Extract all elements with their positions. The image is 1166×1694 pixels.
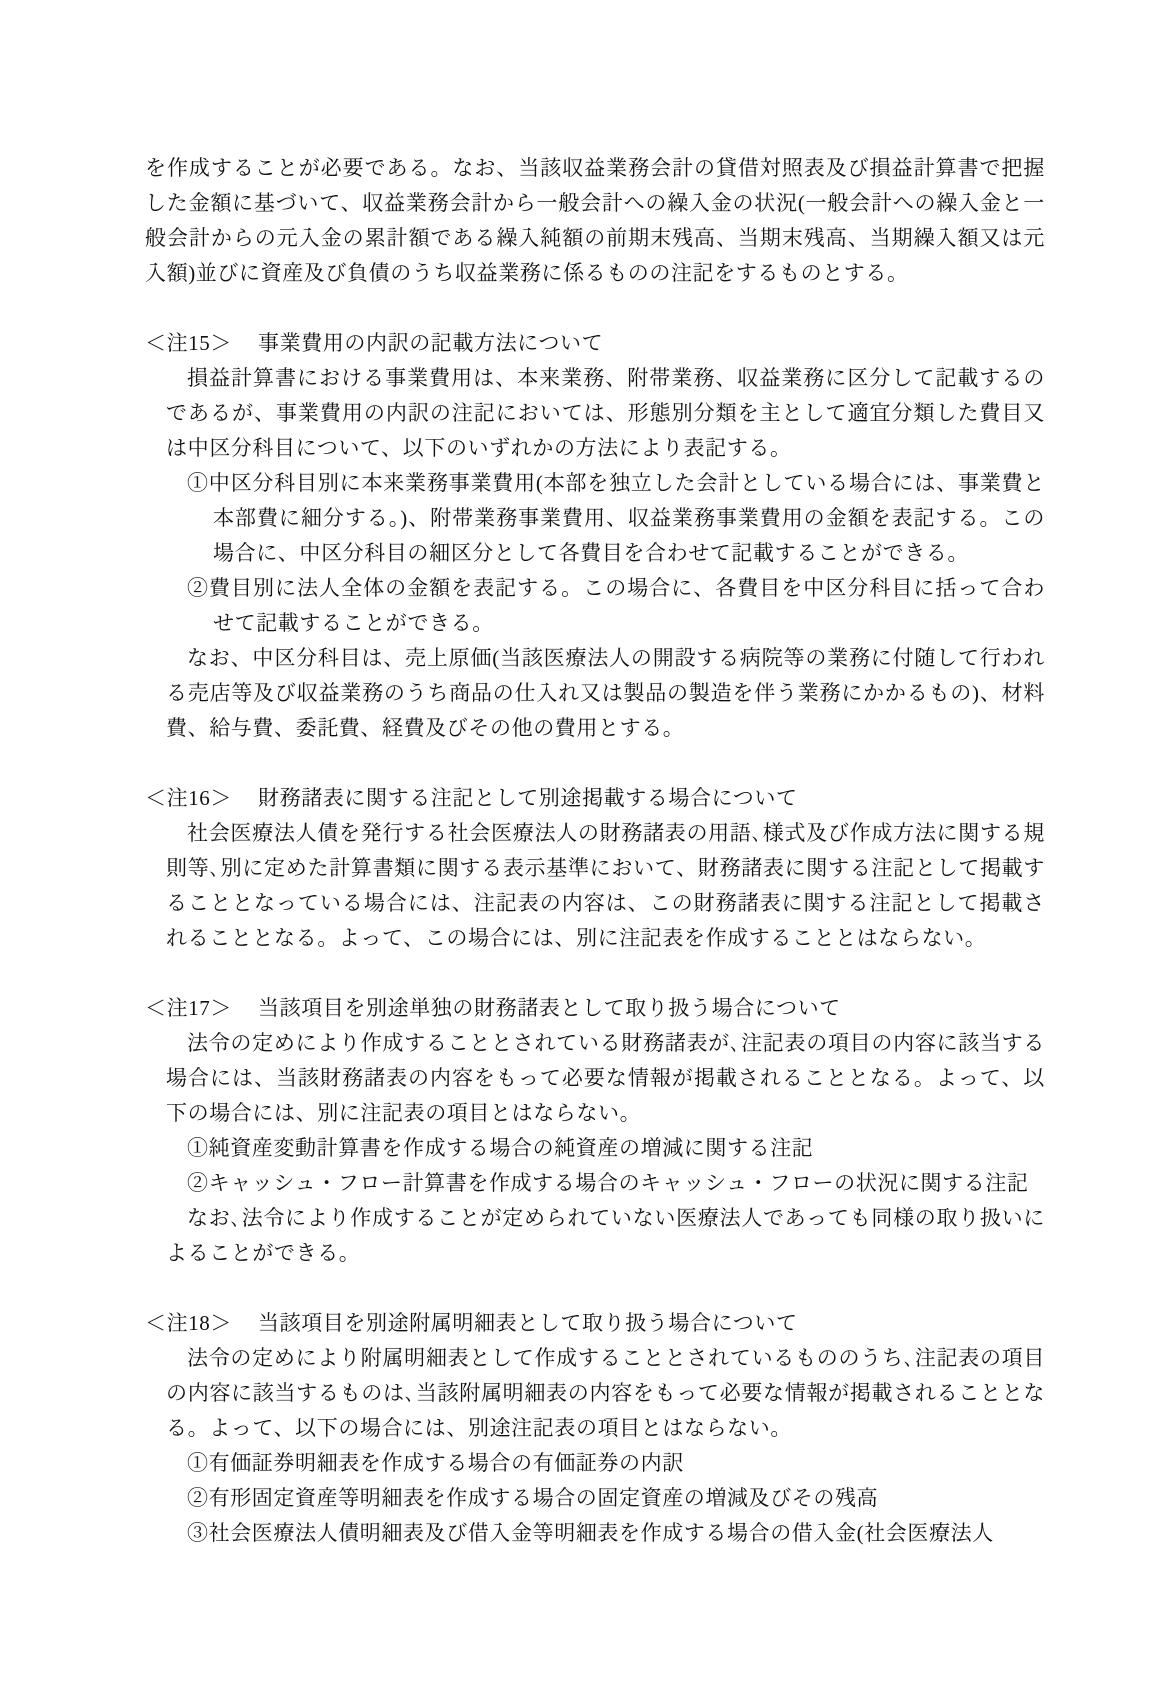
section-note17: ＜注17＞当該項目を別途単独の財務諸表として取り扱う場合について 法令の定めによ…: [145, 991, 1045, 1271]
section-note15: ＜注15＞事業費用の内訳の記載方法について 損益計算書における事業費用は、本来業…: [145, 326, 1045, 746]
note16-body-paragraph: 社会医療法人債を発行する社会医療法人の財務諸表の用語､様式及び作成方法に関する規…: [145, 816, 1045, 956]
note15-heading: ＜注15＞事業費用の内訳の記載方法について: [145, 326, 1045, 361]
note17-item-1: ①純資産変動計算書を作成する場合の純資産の増減に関する注記: [145, 1131, 1045, 1166]
note16-title: 財務諸表に関する注記として別途掲載する場合について: [258, 786, 798, 810]
note18-body-paragraph: 法令の定めにより附属明細表として作成することとされているもののうち､注記表の項目…: [145, 1341, 1045, 1446]
note18-heading: ＜注18＞当該項目を別途附属明細表として取り扱う場合について: [145, 1306, 1045, 1341]
note18-number: ＜注18＞: [145, 1311, 232, 1335]
intro-paragraph: を作成することが必要である。なお、当該収益業務会計の貸借対照表及び損益計算書で把…: [145, 151, 1045, 291]
section-note18: ＜注18＞当該項目を別途附属明細表として取り扱う場合について 法令の定めにより附…: [145, 1306, 1045, 1551]
note15-item-1: ①中区分科目別に本来業務事業費用(本部を独立した会計としている場合には、事業費と…: [145, 466, 1045, 571]
note15-number: ＜注15＞: [145, 331, 232, 355]
note17-body-paragraph: 法令の定めにより作成することとされている財務諸表が､注記表の項目の内容に該当する…: [145, 1026, 1045, 1131]
note17-heading: ＜注17＞当該項目を別途単独の財務諸表として取り扱う場合について: [145, 991, 1045, 1026]
note15-title: 事業費用の内訳の記載方法について: [258, 331, 603, 355]
note15-body-paragraph: 損益計算書における事業費用は、本来業務、附帯業務、収益業務に区分して記載するので…: [145, 361, 1045, 466]
note17-nao-paragraph: なお､法令により作成することが定められていない医療法人であっても同様の取り扱いに…: [145, 1201, 1045, 1271]
note18-title: 当該項目を別途附属明細表として取り扱う場合について: [258, 1311, 798, 1335]
note17-title: 当該項目を別途単独の財務諸表として取り扱う場合について: [258, 996, 841, 1020]
note16-heading: ＜注16＞財務諸表に関する注記として別途掲載する場合について: [145, 781, 1045, 816]
section-note16: ＜注16＞財務諸表に関する注記として別途掲載する場合について 社会医療法人債を発…: [145, 781, 1045, 956]
note18-item-2: ②有形固定資産等明細表を作成する場合の固定資産の増減及びその残高: [145, 1481, 1045, 1516]
note16-number: ＜注16＞: [145, 786, 232, 810]
note15-item-2: ②費目別に法人全体の金額を表記する。この場合に、各費目を中区分科目に括って合わせ…: [145, 571, 1045, 641]
note18-item-3: ③社会医療法人債明細表及び借入金等明細表を作成する場合の借入金(社会医療法人: [145, 1516, 1045, 1551]
note15-nao-paragraph: なお、中区分科目は、売上原価(当該医療法人の開設する病院等の業務に付随して行われ…: [145, 641, 1045, 746]
document-page: を作成することが必要である。なお、当該収益業務会計の貸借対照表及び損益計算書で把…: [0, 0, 1166, 1694]
note17-item-2: ②キャッシュ・フロー計算書を作成する場合のキャッシュ・フローの状況に関する注記: [145, 1166, 1045, 1201]
note18-item-1: ①有価証券明細表を作成する場合の有価証券の内訳: [145, 1446, 1045, 1481]
note17-number: ＜注17＞: [145, 996, 232, 1020]
document-text-area: を作成することが必要である。なお、当該収益業務会計の貸借対照表及び損益計算書で把…: [145, 151, 1045, 1551]
